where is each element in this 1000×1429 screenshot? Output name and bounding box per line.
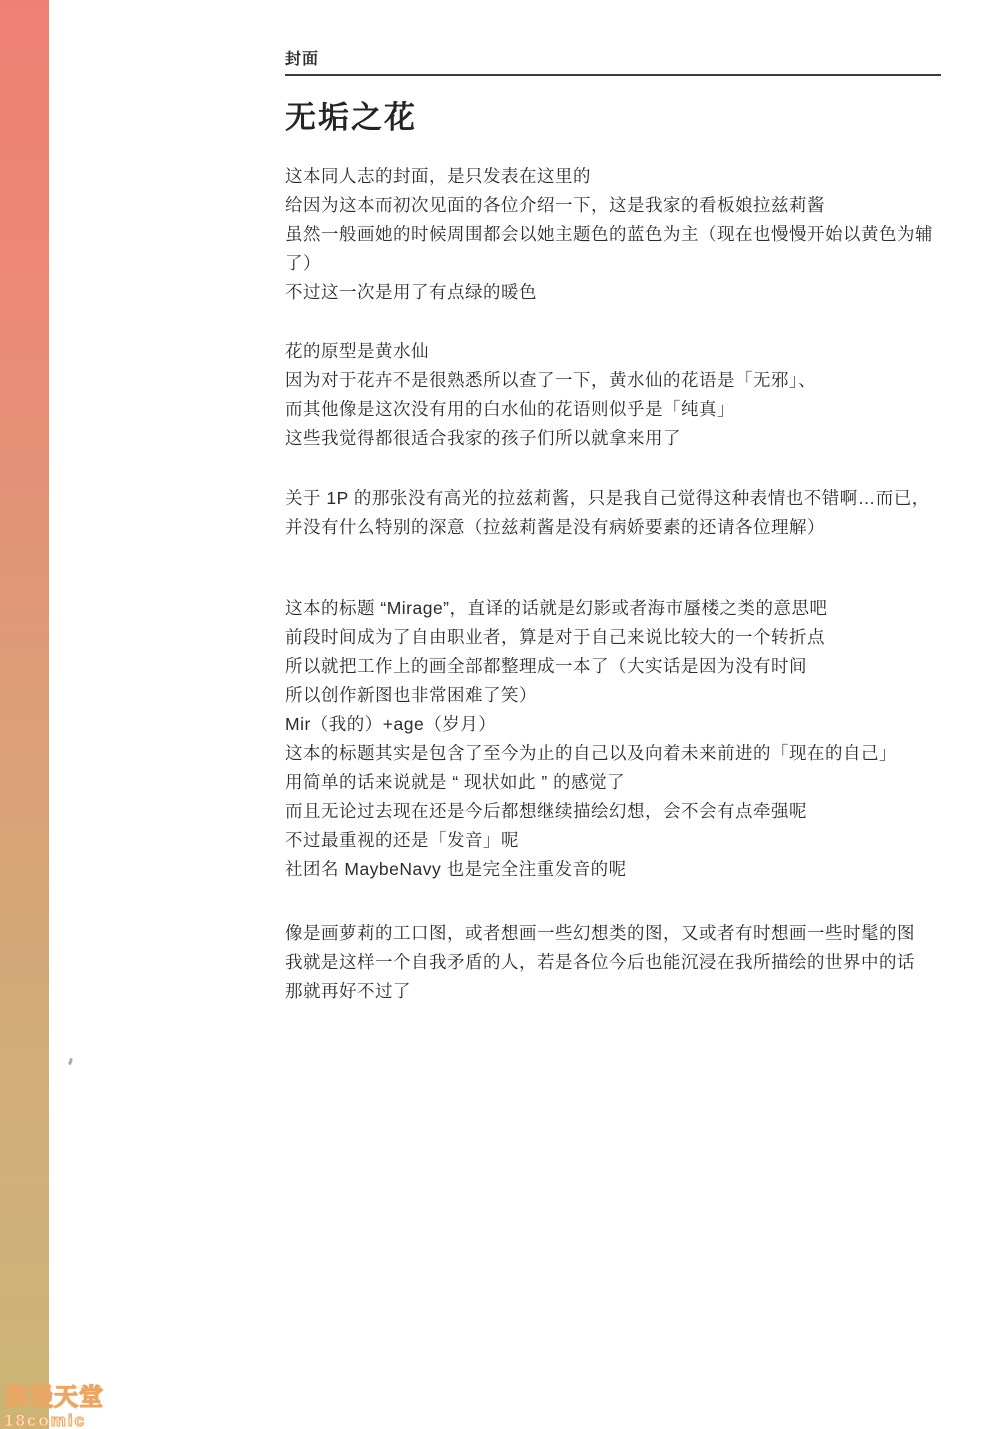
page-title: 无垢之花 (285, 92, 957, 137)
paragraph-closing: 像是画萝莉的工口图，或者想画一些幻想类的图，又或者有时想画一些时髦的图 我就是这… (285, 919, 957, 1006)
paragraph-cover-intro: 这本同人志的封面，是只发表在这里的 给因为这本而初次见面的各位介绍一下，这是我家… (285, 162, 957, 307)
left-gradient-bar (0, 0, 49, 1429)
page-content: 封面 无垢之花 这本同人志的封面，是只发表在这里的 给因为这本而初次见面的各位介… (285, 46, 957, 1006)
header-rule (285, 74, 941, 76)
paragraph-1p-note: 关于 1P 的那张没有高光的拉兹莉酱，只是我自己觉得这种表情也不错啊…而已， 并… (285, 484, 957, 542)
scan-speck-artifact (68, 1058, 73, 1066)
section-label: 封面 (285, 46, 957, 69)
paragraph-title-meaning: 这本的标题 “Mirage”，直译的话就是幻影或者海市蜃楼之类的意思吧 前段时间… (285, 594, 957, 884)
paragraph-flower-meaning: 花的原型是黄水仙 因为对于花卉不是很熟悉所以查了一下，黄水仙的花语是「无邪」、 … (285, 337, 957, 453)
